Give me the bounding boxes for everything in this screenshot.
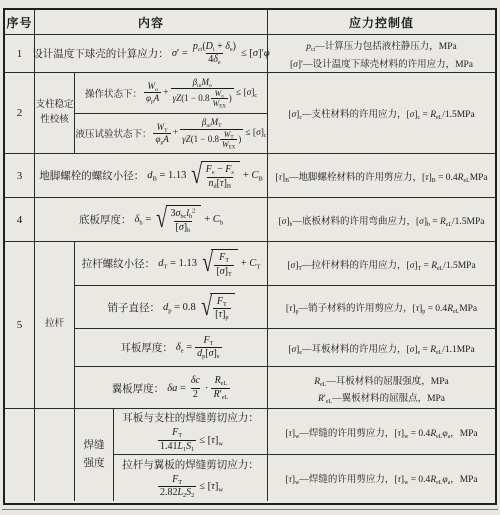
formula-label: 操作状态下： [85,86,142,100]
radicand: FT [τ]p [210,293,234,322]
fraction: FT [τ]p [213,296,230,322]
formula-lhs: δe = [176,342,192,353]
row-2-category-label: 支柱稳定 性校核 [35,73,75,153]
fraction: FT [σ]T [214,252,233,278]
stress-control-table: 序号 内容 应力控制值 1 设计温度下球壳的计算应力： σ′ = pci(Di … [3,8,497,505]
formula-label: 拉杆螺纹小径： [82,256,156,271]
plus-operator: + [173,128,178,138]
formula-label: 耳板厚度： [120,340,173,355]
fraction-denominator: 1.41L1S1 [158,440,196,454]
row-1-control-cell: pci—计算压力包括液柱静压力，MPa [σ]′—设计温度下球壳材料的许用应力，… [268,35,495,72]
fraction: Wo φpA [144,81,161,105]
radical-sign-icon: √ [202,252,213,275]
category-label-line: 强度 [84,455,105,473]
fraction-numerator: FT [215,296,229,309]
plus-operator: + [163,88,168,98]
formula-rhs: ≤ [τ]w [199,435,223,446]
fraction-denominator: γZ(1 − 0.8 WT WEX ) [180,129,243,149]
formula-label: 液压试验状态下： [75,126,151,140]
note-line: ReL—耳板材料的屈服强度，MPa [314,373,448,387]
fraction-numerator: FT [217,252,231,265]
formula-lhs: δb = [134,214,151,225]
row-2-control-cell: [σ]c—支柱材料的许用应力，[σ]c = ReL/1.5MPa [268,73,495,153]
control-cell: [σ]e—耳板材料的许用应力，[σ]e = ReL/1.1MPa [268,329,495,366]
formula-label: 拉杆与翼板的焊缝剪切应力： [122,457,259,472]
lug-thickness-row: 耳板厚度： δe = FT dp[σ]e [σ]e—耳板材料的许用应力，[σ]e… [75,329,495,367]
fraction: FT 1.41L1S1 [158,427,196,453]
row-1-serial: 1 [5,35,35,72]
square-root: √ Fe − Fs nd[τ]B [189,161,239,190]
formula-rhs: ≤ [τ]w [199,481,223,492]
fraction: βmMT γZ(1 − 0.8 WT WEX ) [180,117,243,149]
fraction: pci(Di + δe) 4δe [191,41,238,67]
row-5-subrows: 拉杆螺纹小径： dT = 1.13 √ FT [σ]T [75,242,495,408]
fraction-denominator: 2 [191,388,200,402]
fraction: ReL R′eL [211,375,230,401]
formula-label: 地脚螺栓的螺纹小径： [39,168,144,183]
fraction-numerator: δc [189,375,202,388]
fraction-numerator: FT [170,427,184,440]
formula-rhs: ≤ [σ]c [245,128,266,138]
nested-fraction: WT WEX [220,130,237,149]
category-label-line: 拉杆 [45,317,64,332]
fraction: FT 2.82L2S2 [158,474,196,500]
denominator-prefix: γZ(1 − 0.8 [173,93,210,104]
fraction-denominator: WEX [211,98,228,108]
formula-line: FT 2.82L2S2 ≤ [τ]w [158,474,223,500]
row-6-serial-empty [5,409,35,501]
square-root: √ FT [τ]p [199,293,235,322]
fraction-numerator: ReL [213,375,230,388]
table-row-5: 5 拉杆 拉杆螺纹小径： dT = 1.13 √ [5,242,495,409]
row-4-control-cell: [σ]b—底板材料的许用弯曲应力，[σ]b = ReL/1.5MPa [268,198,495,241]
row-2-formula-stack: 操作状态下： Wo φpA + βmMo γZ(1 − 0.8 Wo [75,73,268,153]
tie-rod-thread-formula: 拉杆螺纹小径： dT = 1.13 √ FT [σ]T [82,249,261,278]
header-content-column: 内容 [35,10,268,34]
formula-label: 设计温度下球壳的计算应力： [32,46,169,61]
anchor-bolt-formula: 地脚螺栓的螺纹小径： dB = 1.13 √ Fe − Fs nd[τ]B + … [39,161,262,190]
sphere-stress-formula: 设计温度下球壳的计算应力： σ′ = pci(Di + δe) 4δe ≤ [σ… [32,41,269,67]
formula-rhs: + Cb [204,214,223,225]
tie-rod-weld-row: 拉杆与翼板的焊缝剪切应力： FT 2.82L2S2 ≤ [τ]w [τ]w [114,455,495,501]
control-cell: ReL—耳板材料的屈服强度，MPa R′eL—翼板材料的屈服点，MPa [268,367,495,409]
fraction-denominator: 2.82L2S2 [158,486,196,500]
control-cell: [τ]w—焊缝的许用剪应力，[τ]w = 0.4ReLφa，MPa [268,455,495,501]
fraction-numerator: pci(Di + δe) [191,41,238,54]
row-4-serial: 4 [5,198,35,241]
formula-lhs: dB = 1.13 [147,170,186,181]
fraction-denominator: R′eL [211,388,230,402]
hydrotest-condition-row: 液压试验状态下： WT φpA + βmMT γZ(1 − 0.8 WT [75,114,267,154]
row-5-category-label: 拉杆 [35,242,75,408]
note-line: [τ]p—销子材料的许用剪应力，[τ]p = 0.4ReLMPa [286,300,477,314]
fraction-numerator: WT [155,122,170,133]
category-label-line: 支柱稳定 [35,98,73,113]
radicand: Fe − Fs nd[τ]B [201,161,240,190]
fraction-denominator: WEX [220,139,237,149]
lug-weld-formula: 耳板与支柱的焊缝剪切应力： FT 1.41L1S1 ≤ [τ]w [122,410,259,453]
fraction-denominator: φpA [144,92,161,104]
formula-lhs: σ′ = [172,48,188,59]
base-plate-formula: 底板厚度： δb = √ 3σbclb2 [σ]b + Cb [79,205,223,234]
table-row-6: 焊缝 强度 耳板与支柱的焊缝剪切应力： FT 1.41L1S1 [5,409,495,501]
fraction-denominator: φpA [153,133,170,145]
note-line: [τ]w—焊缝的许用剪应力，[τ]w = 0.4ReLφa，MPa [285,471,477,485]
category-label-line: 性校核 [40,113,69,128]
formula-cell: 拉杆螺纹小径： dT = 1.13 √ FT [σ]T [75,242,268,285]
radical-sign-icon: √ [201,296,212,319]
operating-condition-formula: 操作状态下： Wo φpA + βmMo γZ(1 − 0.8 Wo [85,77,257,109]
formula-rhs: ≤ [σ]′φ [241,48,270,59]
fraction-numerator: 3σbclb2 [169,208,198,221]
lug-thickness-formula: 耳板厚度： δe = FT dp[σ]e [120,335,221,361]
radical-sign-icon: √ [192,164,203,187]
table-row-4: 4 底板厚度： δb = √ 3σbclb2 [σ]b + Cb [5,198,495,242]
formula-rhs: + CT [241,258,261,269]
formula-label: 底板厚度： [79,212,132,227]
square-root: √ FT [σ]T [200,249,238,278]
square-root: √ 3σbclb2 [σ]b [154,205,201,234]
header-row: 序号 内容 应力控制值 [5,10,495,35]
formula-cell: 拉杆与翼板的焊缝剪切应力： FT 2.82L2S2 ≤ [τ]w [114,455,268,501]
fraction: WT φpA [153,122,170,146]
formula-line: FT 1.41L1S1 ≤ [τ]w [158,427,223,453]
scanned-document-page: 序号 内容 应力控制值 1 设计温度下球壳的计算应力： σ′ = pci(Di … [0,0,500,515]
denominator-suffix: ) [238,134,241,145]
formula-cell: 耳板厚度： δe = FT dp[σ]e [75,329,268,366]
control-cell: [τ]w—焊缝的许用剪应力，[τ]w = 0.4ReLφa，MPa [268,409,495,454]
formula-rhs: ≤ [σ]c [236,88,257,98]
row-3-control-cell: [τ]B—地脚螺栓材料的许用剪应力，[τ]B = 0.4ReLMPa [268,154,495,197]
radical-sign-icon: √ [156,208,167,231]
fraction-denominator: nd[τ]B [207,177,234,191]
note-line: R′eL—翼板材料的屈服点，MPa [318,390,445,404]
category-label-line: 焊缝 [84,437,105,455]
note-line: pci—计算压力包括液柱静压力，MPa [306,38,456,52]
hydrotest-condition-formula: 液压试验状态下： WT φpA + βmMT γZ(1 − 0.8 WT [75,117,266,149]
formula-cell: 销子直径： dp = 0.8 √ FT [τ]p [75,286,268,328]
row-5-serial: 5 [5,242,35,408]
fraction-denominator: [σ]b [174,221,193,235]
control-cell: [σ]T—拉杆材料的许用应力，[σ]T = ReL/1.5MPa [268,242,495,285]
radicand: 3σbclb2 [σ]b [166,205,202,234]
lug-weld-row: 耳板与支柱的焊缝剪切应力： FT 1.41L1S1 ≤ [τ]w [τ]w [114,409,495,455]
fraction-numerator: FT [201,335,215,348]
fraction: 3σbclb2 [σ]b [169,208,198,234]
formula-label: 销子直径： [107,300,160,315]
row-3-formula-cell: 地脚螺栓的螺纹小径： dB = 1.13 √ Fe − Fs nd[τ]B + … [35,154,268,197]
row-3-serial: 3 [5,154,35,197]
pin-diameter-formula: 销子直径： dp = 0.8 √ FT [τ]p [107,293,234,322]
tie-rod-weld-formula: 拉杆与翼板的焊缝剪切应力： FT 2.82L2S2 ≤ [τ]w [122,457,259,500]
fraction-numerator: Wo [145,81,159,92]
table-row-1: 1 设计温度下球壳的计算应力： σ′ = pci(Di + δe) 4δe ≤ … [5,35,495,73]
note-line: [τ]w—焊缝的许用剪应力，[τ]w = 0.4ReLφa，MPa [285,425,477,439]
tie-rod-thread-row: 拉杆螺纹小径： dT = 1.13 √ FT [σ]T [75,242,495,286]
row-6-category-empty [35,409,75,501]
denominator-suffix: ) [229,93,232,104]
nested-fraction: Wo WEX [211,89,228,108]
weld-strength-label: 焊缝 强度 [75,409,114,501]
header-control-column: 应力控制值 [268,10,495,34]
radicand: FT [σ]T [211,249,237,278]
control-cell: [τ]p—销子材料的许用剪应力，[τ]p = 0.4ReLMPa [268,286,495,328]
fraction: βmMo γZ(1 − 0.8 Wo WEX ) [171,77,234,109]
formula-lhs: dp = 0.8 [163,302,196,313]
flange-thickness-row: 翼板厚度： δa = δc 2 · ReL R′eL [75,367,495,409]
formula-lhs: dT = 1.13 [158,258,197,269]
operating-condition-row: 操作状态下： Wo φpA + βmMo γZ(1 − 0.8 Wo [75,73,267,114]
fraction-denominator: γZ(1 − 0.8 Wo WEX ) [171,88,234,108]
note-line: [σ]c—支柱材料的许用应力，[σ]c = ReL/1.5MPa [288,106,474,120]
formula-label: 翼板厚度： [112,381,165,396]
row-1-formula-cell: 设计温度下球壳的计算应力： σ′ = pci(Di + δe) 4δe ≤ [σ… [35,35,268,72]
fraction-numerator: βmMT [200,117,224,128]
note-line: [σ]′—设计温度下球壳材料的许用应力，MPa [290,56,473,70]
fraction: Fe − Fs nd[τ]B [204,164,236,190]
row-4-formula-cell: 底板厚度： δb = √ 3σbclb2 [σ]b + Cb [35,198,268,241]
formula-cell: 翼板厚度： δa = δc 2 · ReL R′eL [75,367,268,409]
table-row-3: 3 地脚螺栓的螺纹小径： dB = 1.13 √ Fe − Fs nd[τ]B [5,154,495,198]
fraction-numerator: WT [222,130,236,139]
fraction-denominator: dp[σ]e [195,347,221,361]
fraction-denominator: [σ]T [214,265,233,279]
fraction-denominator: 4δe [206,53,222,67]
formula-cell: 耳板与支柱的焊缝剪切应力： FT 1.41L1S1 ≤ [τ]w [114,409,268,454]
denominator-prefix: γZ(1 − 0.8 [182,134,219,145]
fraction-numerator: FT [170,474,184,487]
note-line: [σ]e—耳板材料的许用应力，[σ]e = ReL/1.1MPa [288,341,474,355]
fraction: FT dp[σ]e [195,335,221,361]
fraction-numerator: Wo [213,89,226,98]
table-row-2: 2 支柱稳定 性校核 操作状态下： Wo φpA + βmMo [5,73,495,154]
fraction-denominator: [τ]p [213,308,230,322]
dot-operator: · [205,383,209,394]
flange-thickness-formula: 翼板厚度： δa = δc 2 · ReL R′eL [112,375,231,401]
row-6-subrows: 耳板与支柱的焊缝剪切应力： FT 1.41L1S1 ≤ [τ]w [τ]w [114,409,495,501]
formula-lhs: δa = [167,383,186,394]
row-2-serial: 2 [5,73,35,153]
pin-diameter-row: 销子直径： dp = 0.8 √ FT [τ]p [75,286,495,329]
scan-border-artifact [2,509,498,510]
note-line: [σ]b—底板材料的许用弯曲应力，[σ]b = ReL/1.5MPa [278,213,484,227]
formula-rhs: + CB [243,170,263,181]
note-line: [σ]T—拉杆材料的许用应力，[σ]T = ReL/1.5MPa [287,257,475,271]
fraction-numerator: Fe − Fs [204,164,236,177]
fraction-numerator: βmMo [191,77,214,88]
header-serial-column: 序号 [5,10,35,34]
fraction: δc 2 [189,375,202,401]
note-line: [τ]B—地脚螺栓材料的许用剪应力，[τ]B = 0.4ReLMPa [275,169,487,183]
formula-label: 耳板与支柱的焊缝剪切应力： [122,410,259,425]
